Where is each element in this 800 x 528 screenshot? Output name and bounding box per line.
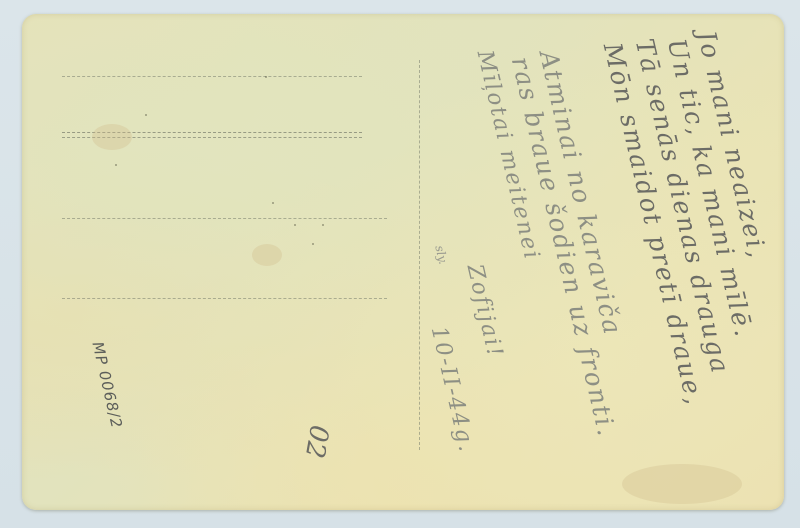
speck (272, 202, 274, 204)
postal-mark: sly. (432, 244, 450, 266)
speck (145, 114, 147, 116)
signature: Zofijai! (462, 262, 508, 361)
speck (294, 224, 296, 226)
archive-number: MP 0068/2 (88, 340, 125, 430)
stain (252, 244, 282, 266)
page-number: 02 (299, 423, 334, 461)
postcard-back: MP 0068/2 02 sly. Jo mani neaizei, Un ti… (22, 14, 784, 510)
speck (312, 243, 314, 245)
speck (115, 164, 117, 166)
address-line-3 (62, 218, 387, 219)
center-divider-line (419, 60, 420, 450)
speck (322, 224, 324, 226)
address-line-4 (62, 298, 387, 299)
date: 10-II-44g. (426, 324, 479, 456)
address-line-1 (62, 76, 362, 77)
speck (265, 76, 267, 78)
stain (622, 464, 742, 504)
photo-background: MP 0068/2 02 sly. Jo mani neaizei, Un ti… (0, 0, 800, 528)
stain (92, 124, 132, 150)
